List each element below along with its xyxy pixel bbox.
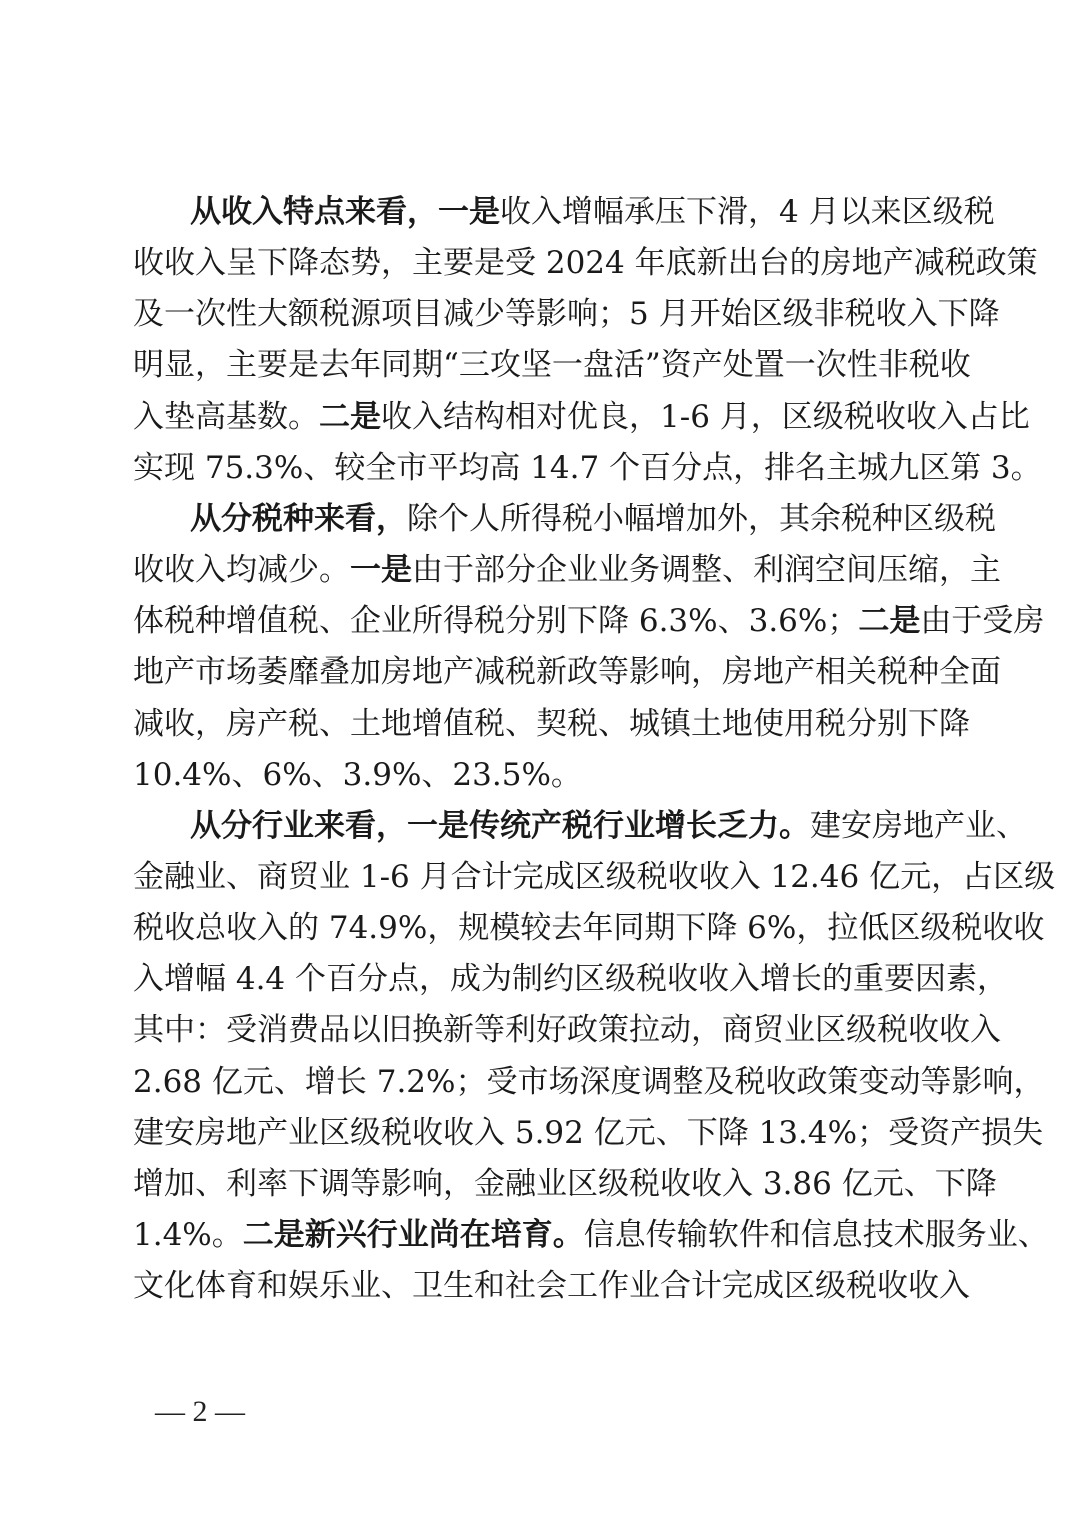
text-line: 地产市场萎靡叠加房地产减税新政等影响，房地产相关税种全面 <box>133 650 943 694</box>
text-line: 1.4%。二是新兴行业尚在培育。信息传输软件和信息技术服务业、 <box>133 1213 943 1257</box>
text: 收收入呈下降态势，主要是受 2024 年底新出台的房地产减税政策 <box>133 245 1038 281</box>
text: 由于受房 <box>920 603 1044 639</box>
text: 2.68 亿元、增长 7.2%；受市场深度调整及税收政策变动等影响， <box>133 1064 1045 1100</box>
text: 收收入均减少。 <box>133 552 350 588</box>
text-line: 金融业、商贸业 1-6 月合计完成区级税收收入 12.46 亿元，占区级 <box>133 855 943 899</box>
text-line: 及一次性大额税源项目减少等影响；5 月开始区级非税收入下降 <box>133 292 943 336</box>
text: 入增幅 4.4 个百分点，成为制约区级税收收入增长的重要因素， <box>133 961 1008 997</box>
text: 及一次性大额税源项目减少等影响；5 月开始区级非税收入下降 <box>133 296 1000 332</box>
bold-text: 从收入特点来看，一是 <box>190 194 500 230</box>
text: 地产市场萎靡叠加房地产减税新政等影响，房地产相关税种全面 <box>133 654 1001 690</box>
text: 入垫高基数。 <box>133 399 319 435</box>
text-line: 体税种增值税、企业所得税分别下降 6.3%、3.6%；二是由于受房 <box>133 599 943 643</box>
text-line: 从分税种来看，除个人所得税小幅增加外，其余税种区级税 <box>190 497 943 541</box>
text-line: 实现 75.3%、较全市平均高 14.7 个百分点，排名主城九区第 3。 <box>133 446 943 490</box>
text: 10.4%、6%、3.9%、23.5%。 <box>133 757 582 793</box>
text-line: 明显，主要是去年同期“三攻坚一盘活”资产处置一次性非税收 <box>133 343 943 387</box>
text-line: 其中：受消费品以旧换新等利好政策拉动，商贸业区级税收收入 <box>133 1008 943 1052</box>
text: 实现 75.3%、较全市平均高 14.7 个百分点，排名主城九区第 3。 <box>133 450 1042 486</box>
text: 其中：受消费品以旧换新等利好政策拉动，商贸业区级税收收入 <box>133 1012 1001 1048</box>
text: 由于部分企业业务调整、利润空间压缩，主 <box>412 552 1001 588</box>
text: 金融业、商贸业 1-6 月合计完成区级税收收入 12.46 亿元，占区级 <box>133 859 1055 895</box>
text-line: 减收，房产税、土地增值税、契税、城镇土地使用税分别下降 <box>133 702 943 746</box>
text-line: 2.68 亿元、增长 7.2%；受市场深度调整及税收政策变动等影响， <box>133 1060 943 1104</box>
text-line: 建安房地产业区级税收收入 5.92 亿元、下降 13.4%；受资产损失 <box>133 1111 943 1155</box>
bold-text: 从分税种来看， <box>190 501 407 537</box>
text: 收入结构相对优良，1-6 月，区级税收收入占比 <box>381 399 1030 435</box>
text: 税收总收入的 74.9%，规模较去年同期下降 6%，拉低区级税收收 <box>133 910 1044 946</box>
text: 除个人所得税小幅增加外，其余税种区级税 <box>407 501 996 537</box>
text-line: 10.4%、6%、3.9%、23.5%。 <box>133 753 943 797</box>
text-line: 收收入呈下降态势，主要是受 2024 年底新出台的房地产减税政策 <box>133 241 943 285</box>
document-page: 从收入特点来看，一是收入增幅承压下滑，4 月以来区级税收收入呈下降态势，主要是受… <box>0 0 1074 1520</box>
bold-text: 二是 <box>858 603 920 639</box>
text: 文化体育和娱乐业、卫生和社会工作业合计完成区级税收收入 <box>133 1268 970 1304</box>
text: 增加、利率下调等影响，金融业区级税收收入 3.86 亿元、下降 <box>133 1166 997 1202</box>
text-line: 入垫高基数。二是收入结构相对优良，1-6 月，区级税收收入占比 <box>133 395 943 439</box>
text-line: 从收入特点来看，一是收入增幅承压下滑，4 月以来区级税 <box>190 190 943 234</box>
text: 信息传输软件和信息技术服务业、 <box>584 1217 1049 1253</box>
text-line: 入增幅 4.4 个百分点，成为制约区级税收收入增长的重要因素， <box>133 957 943 1001</box>
text: 收入增幅承压下滑，4 月以来区级税 <box>500 194 995 230</box>
text: 体税种增值税、企业所得税分别下降 6.3%、3.6%； <box>133 603 858 639</box>
text: 明显，主要是去年同期“三攻坚一盘活”资产处置一次性非税收 <box>133 347 971 383</box>
text-line: 增加、利率下调等影响，金融业区级税收收入 3.86 亿元、下降 <box>133 1162 943 1206</box>
text-line: 税收总收入的 74.9%，规模较去年同期下降 6%，拉低区级税收收 <box>133 906 943 950</box>
text: 减收，房产税、土地增值税、契税、城镇土地使用税分别下降 <box>133 706 970 742</box>
bold-text: 一是 <box>350 552 412 588</box>
text-line: 收收入均减少。一是由于部分企业业务调整、利润空间压缩，主 <box>133 548 943 592</box>
page-number: — 2 — <box>155 1392 245 1432</box>
bold-text: 二是 <box>319 399 381 435</box>
text-line: 从分行业来看，一是传统产税行业增长乏力。建安房地产业、 <box>190 804 943 848</box>
text: 1.4%。 <box>133 1217 243 1253</box>
text-line: 文化体育和娱乐业、卫生和社会工作业合计完成区级税收收入 <box>133 1264 943 1308</box>
text: 建安房地产业区级税收收入 5.92 亿元、下降 13.4%；受资产损失 <box>133 1115 1043 1151</box>
text: 建安房地产业、 <box>810 808 1027 844</box>
bold-text: 二是新兴行业尚在培育。 <box>243 1217 584 1253</box>
bold-text: 从分行业来看，一是传统产税行业增长乏力。 <box>190 808 810 844</box>
